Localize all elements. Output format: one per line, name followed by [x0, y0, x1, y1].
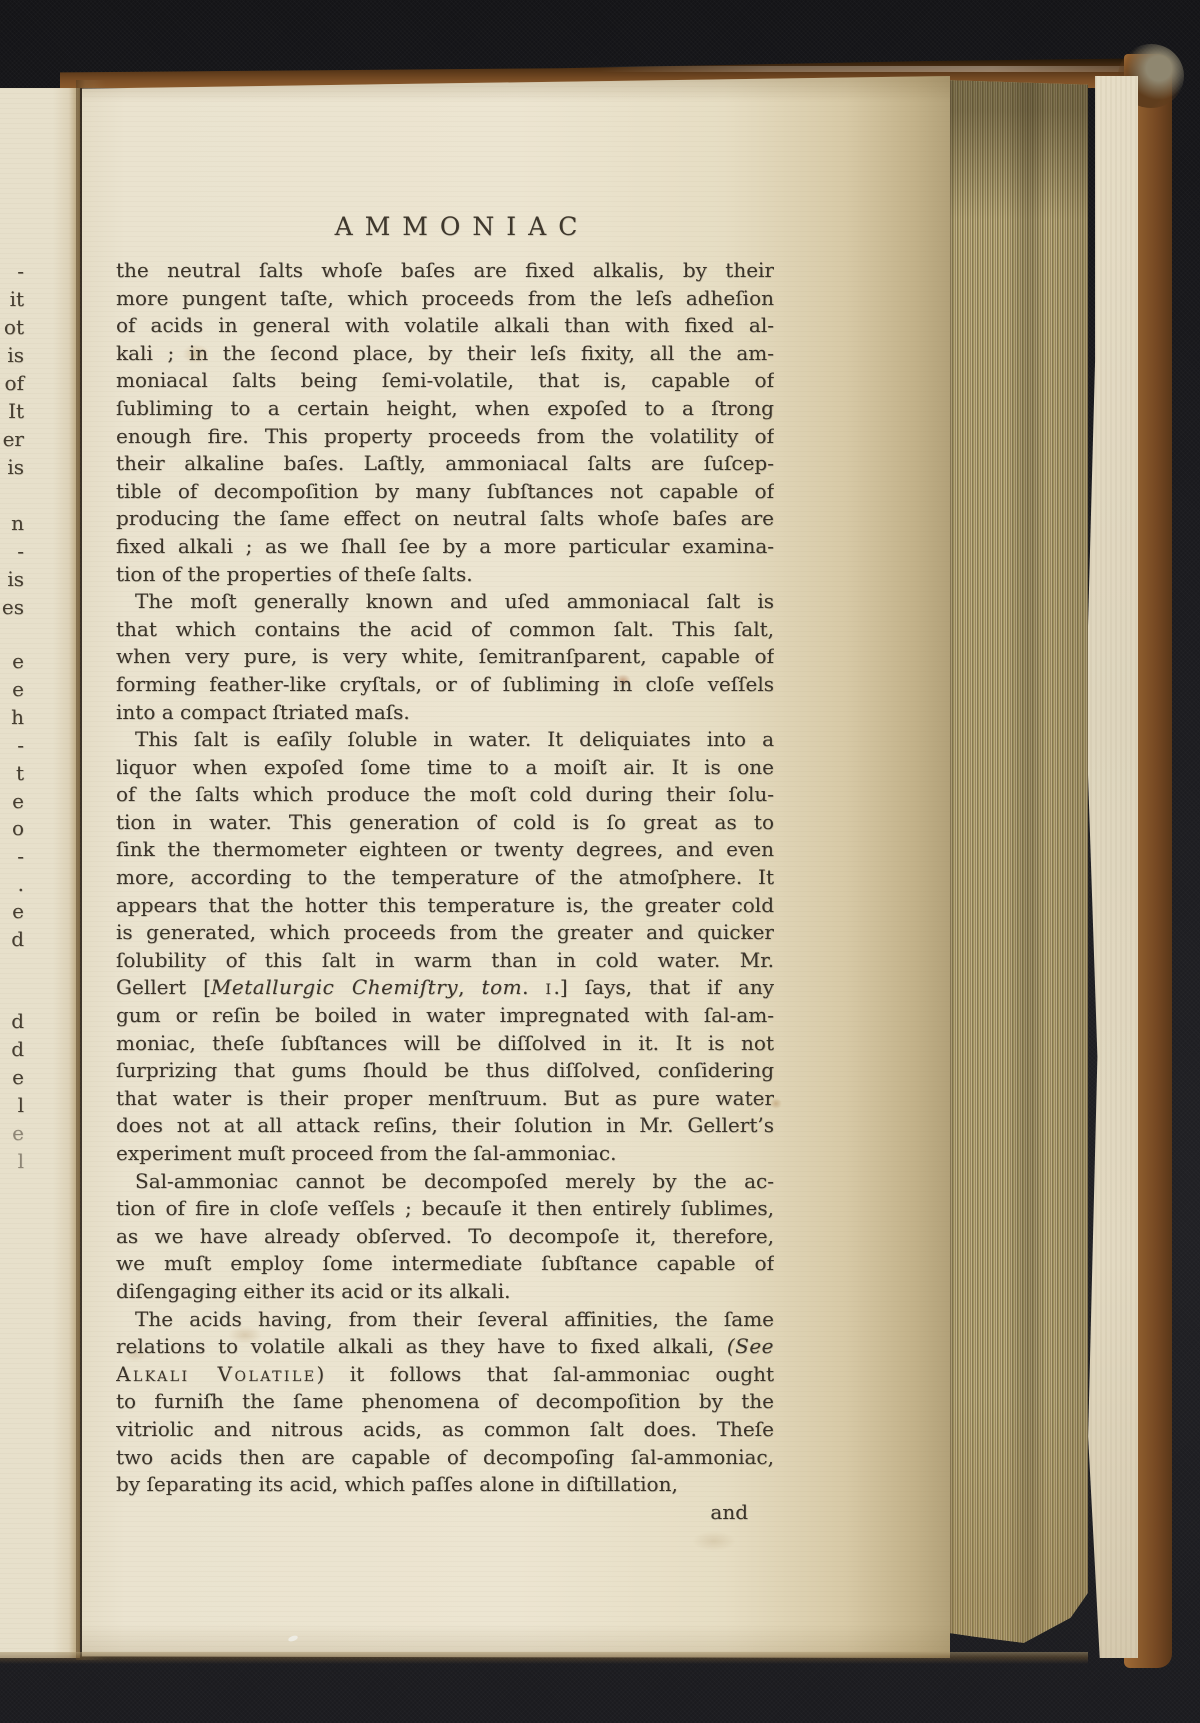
facing-page-fragment: l [0, 1092, 24, 1118]
facing-page-fragment: h [0, 704, 24, 730]
facing-page-fragment: o [0, 815, 24, 841]
text-line: gum or reſin be boiled in water impregna… [116, 1002, 774, 1030]
text-line: that water is their proper menſtruum. Bu… [116, 1085, 774, 1113]
text-line: Alkali Volatile) it follows that ſal-amm… [116, 1361, 774, 1389]
paper-stain [692, 1531, 736, 1551]
facing-page-fragment: es [0, 594, 24, 620]
text-line: ſurprizing that gums ſhould be thus diſſ… [116, 1057, 774, 1085]
text-line: Gellert [Metallurgic Chemiſtry, tom. i.]… [116, 974, 774, 1002]
text-line: ſink the thermometer eighteen or twenty … [116, 836, 774, 864]
text-line: The moſt generally known and uſed ammoni… [116, 588, 774, 616]
facing-page-fragment: e [0, 788, 24, 814]
facing-page-fragment: er [0, 426, 24, 452]
facing-page-fragment: - [0, 843, 24, 869]
facing-page-fragment: It [0, 398, 24, 424]
text-line: by ſeparating its acid, which paſſes alo… [116, 1471, 774, 1499]
body-text: the neutral ſalts whoſe baſes are fixed … [116, 257, 774, 1499]
facing-page-fragment: - [0, 538, 24, 564]
text-line: we muſt employ ſome intermediate ſubſtan… [116, 1250, 774, 1278]
book-photograph: AMMONIAC the neutral ſalts whoſe baſes a… [0, 0, 1200, 1723]
text-line: more, according to the temperature of th… [116, 864, 774, 892]
text-line: fixed alkali ; as we ſhall ſee by a more… [116, 533, 774, 561]
text-line: tion in water. This generation of cold i… [116, 809, 774, 837]
paragraph: The acids having, from their ſeveral aff… [116, 1306, 774, 1499]
facing-page-fragment: - [0, 258, 24, 284]
facing-page-fragment: t [0, 760, 24, 786]
facing-page-fragment: l [0, 1148, 24, 1174]
facing-page-fragment: n [0, 510, 24, 536]
text-line: This ſalt is eaſily ſoluble in water. It… [116, 726, 774, 754]
text-line: the neutral ſalts whoſe baſes are fixed … [116, 257, 774, 285]
text-line: relations to volatile alkali as they hav… [116, 1333, 774, 1361]
leather-top-highlight [600, 66, 1160, 72]
paragraph: The moſt generally known and uſed ammoni… [116, 588, 774, 726]
facing-page-fragment: e [0, 1120, 24, 1146]
text-line: two acids then are capable of decompoſin… [116, 1444, 774, 1472]
text-line: when very pure, is very white, ſemitranſ… [116, 643, 774, 671]
endpaper-edge [1080, 76, 1138, 1658]
text-line: moniac, theſe ſubſtances will be diſſolv… [116, 1030, 774, 1058]
text-line: enough fire. This property proceeds from… [116, 423, 774, 451]
catchword: and [116, 1499, 774, 1527]
text-line: that which contains the acid of common ſ… [116, 616, 774, 644]
text-line: liquor when expoſed ſome time to a moiſt… [116, 754, 774, 782]
text-line: does not at all attack reſins, their ſol… [116, 1112, 774, 1140]
text-line: tion of the properties of theſe ſalts. [116, 561, 774, 589]
facing-page-fragment: e [0, 676, 24, 702]
facing-page-fragment: of [0, 370, 24, 396]
facing-page-fragment: d [0, 1036, 24, 1062]
text-line: is generated, which proceeds from the gr… [116, 919, 774, 947]
page-heading: AMMONIAC [116, 212, 774, 242]
facing-page-fragment: . [0, 871, 24, 897]
facing-page-fragment: is [0, 566, 24, 592]
text-line: more pungent taſte, which proceeds from … [116, 285, 774, 313]
facing-page-text-fragments: -itotisofIterisn-iseseeh-teo-.edddelel [0, 0, 26, 1723]
text-line: tion of fire in cloſe veſſels ; becauſe … [116, 1195, 774, 1223]
text-line: The acids having, from their ſeveral aff… [116, 1306, 774, 1334]
facing-page-fragment: d [0, 1008, 24, 1034]
text-line: of acids in general with volatile alkali… [116, 312, 774, 340]
text-line: their alkaline baſes. Laſtly, ammoniacal… [116, 450, 774, 478]
facing-page-fragment: ot [0, 314, 24, 340]
text-line: forming feather-like cryſtals, or of ſub… [116, 671, 774, 699]
text-line: moniacal ſalts being ſemi-volatile, that… [116, 367, 774, 395]
facing-page-fragment: d [0, 926, 24, 952]
text-line: kali ; in the ſecond place, by their leſ… [116, 340, 774, 368]
paragraph: This ſalt is eaſily ſoluble in water. It… [116, 726, 774, 1168]
facing-page-fragment: is [0, 342, 24, 368]
text-line: to furniſh the ſame phenomena of decompo… [116, 1388, 774, 1416]
text-line: of the ſalts which produce the moſt cold… [116, 781, 774, 809]
facing-page-fragment: e [0, 1064, 24, 1090]
text-line: producing the ſame effect on neutral ſal… [116, 505, 774, 533]
text-line: ſolubility of this ſalt in warm than in … [116, 947, 774, 975]
page-bottom-edge [0, 1652, 1088, 1664]
paragraph: the neutral ſalts whoſe baſes are fixed … [116, 257, 774, 588]
facing-page-fragment: it [0, 286, 24, 312]
page-block-fore-edge [942, 80, 1088, 1646]
facing-page-fragment: is [0, 454, 24, 480]
text-line: as we have already obſerved. To decompoſ… [116, 1223, 774, 1251]
text-line: diſengaging either its acid or its alkal… [116, 1278, 774, 1306]
page-text: AMMONIAC the neutral ſalts whoſe baſes a… [116, 212, 774, 1526]
text-line: into a compact ſtriated maſs. [116, 699, 774, 727]
text-line: Sal-ammoniac cannot be decompoſed merely… [116, 1168, 774, 1196]
facing-page-fragment: - [0, 732, 24, 758]
text-line: ſubliming to a certain height, when expo… [116, 395, 774, 423]
text-line: tible of decompoſition by many ſubſtance… [116, 478, 774, 506]
facing-page-fragment: e [0, 648, 24, 674]
text-line: experiment muſt proceed from the ſal-amm… [116, 1140, 774, 1168]
text-line: appears that the hotter this temperature… [116, 892, 774, 920]
paragraph: Sal-ammoniac cannot be decompoſed merely… [116, 1168, 774, 1306]
facing-page-fragment: e [0, 898, 24, 924]
text-line: vitriolic and nitrous acids, as common ſ… [116, 1416, 774, 1444]
